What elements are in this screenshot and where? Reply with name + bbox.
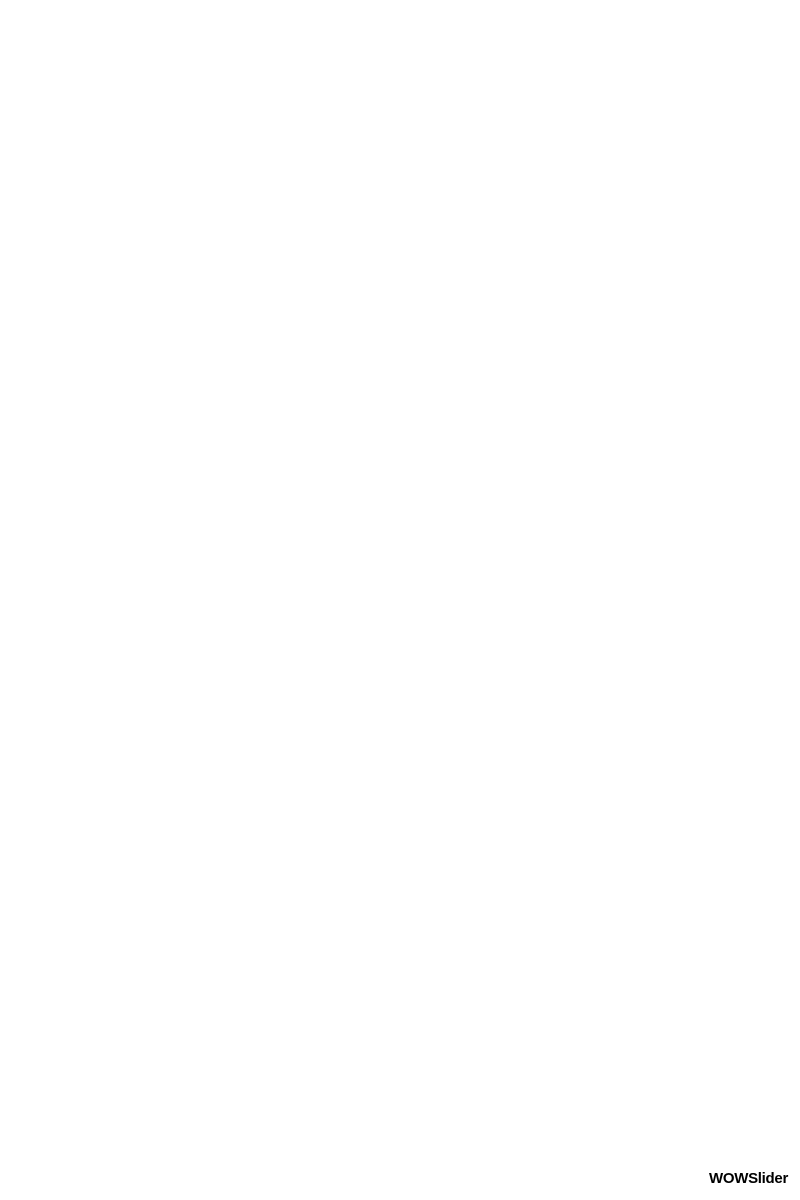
watermark-brand-wow: WOW bbox=[709, 1171, 748, 1186]
watermark-brand-slider: Slider bbox=[748, 1171, 788, 1186]
manuscript-photo-svg bbox=[48, 0, 753, 1200]
page-background: WOW Slider bbox=[0, 0, 800, 1200]
manuscript-photo[interactable] bbox=[48, 0, 753, 1200]
wowslider-watermark-link[interactable]: WOW Slider bbox=[702, 1167, 795, 1191]
paper-base bbox=[48, 0, 753, 1200]
